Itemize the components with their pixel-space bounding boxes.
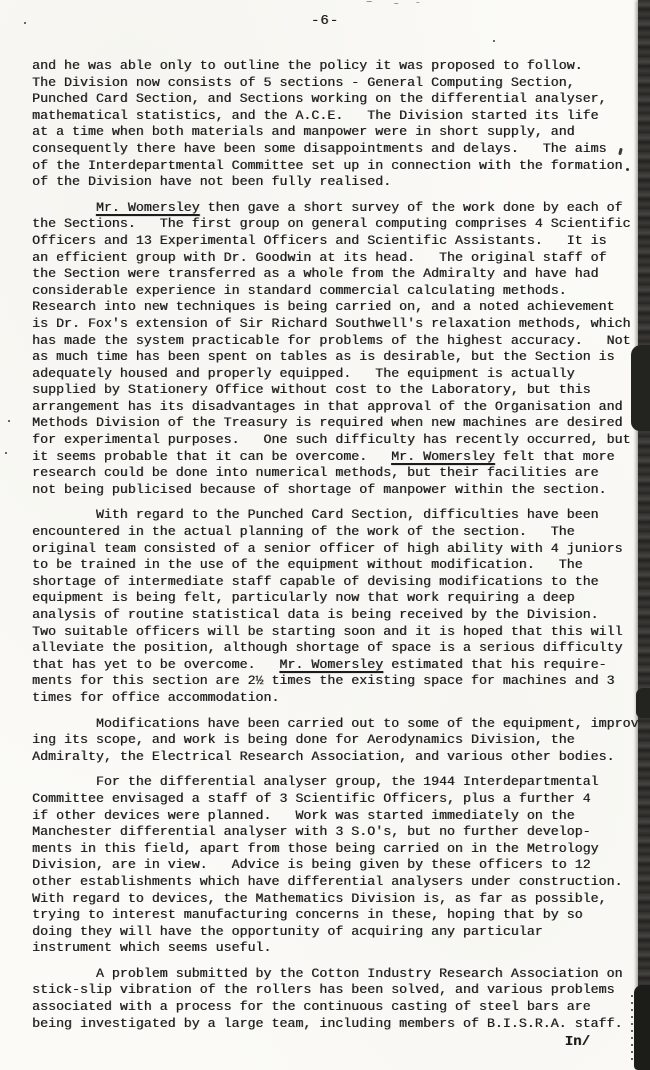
text-line: adequately housed and properly equipped.… bbox=[32, 366, 646, 383]
text-line: Two suitable officers will be starting s… bbox=[32, 624, 646, 641]
scan-ink-blob bbox=[636, 688, 650, 718]
scan-dot-artifact bbox=[631, 995, 633, 1065]
text-line: if other devices were planned. Work was … bbox=[32, 808, 646, 825]
text-line: it seems probable that it can be overcom… bbox=[32, 449, 646, 466]
text-line: Admiralty, the Electrical Research Assoc… bbox=[32, 749, 646, 766]
paragraph: Mr. Womersley then gave a short survey o… bbox=[32, 200, 646, 499]
text-line: as much time has been spent on tables as… bbox=[32, 349, 646, 366]
text-line: Methods Division of the Treasury is requ… bbox=[32, 415, 646, 432]
document-body: and he was able only to outline the poli… bbox=[32, 58, 646, 1032]
text-line: instrument which seems useful. bbox=[32, 940, 646, 957]
text-line: encountered in the actual planning of th… bbox=[32, 524, 646, 541]
text-line: supplied by Stationery Office without co… bbox=[32, 382, 646, 399]
text-line: With regard to devices, the Mathematics … bbox=[32, 891, 646, 908]
scan-speck bbox=[8, 420, 10, 422]
text-line: consequently there have been some disapp… bbox=[32, 141, 646, 158]
text-line: is Dr. Fox's extension of Sir Richard So… bbox=[32, 316, 646, 333]
text-line: doing they will have the opportunity of … bbox=[32, 924, 646, 941]
scan-speck bbox=[626, 168, 629, 171]
text-line: mathematical statistics, and the A.C.E. … bbox=[32, 108, 646, 125]
document-page: -6- and he was able only to outline the … bbox=[0, 0, 650, 1070]
scan-ink-blob bbox=[631, 345, 650, 431]
text-line: not being publicised because of shortage… bbox=[32, 482, 646, 499]
text-line: considerable experience in standard comm… bbox=[32, 283, 646, 300]
catchword: In/ bbox=[565, 1034, 590, 1050]
text-line: For the differential analyser group, the… bbox=[32, 774, 646, 791]
text-line: the Section were transferred as a whole … bbox=[32, 266, 646, 283]
text-line: the Sections. The first group on general… bbox=[32, 216, 646, 233]
paragraph: For the differential analyser group, the… bbox=[32, 774, 646, 957]
text-line: being investigated by a large team, incl… bbox=[32, 1016, 646, 1033]
paragraph: and he was able only to outline the poli… bbox=[32, 58, 646, 191]
text-line: that has yet to be overcome. Mr. Womersl… bbox=[32, 657, 646, 674]
paragraph: A problem submitted by the Cotton Indust… bbox=[32, 966, 646, 1032]
text-line: at a time when both materials and manpow… bbox=[32, 124, 646, 141]
text-line: Division, are in view. Advice is being g… bbox=[32, 857, 646, 874]
text-line: analysis of routine statistical data is … bbox=[32, 607, 646, 624]
scan-ink-blob bbox=[634, 985, 650, 1070]
text-line: alleviate the position, although shortag… bbox=[32, 640, 646, 657]
text-line: stick-slip vibration of the rollers has … bbox=[32, 982, 646, 999]
text-line: of the Interdepartmental Committee set u… bbox=[32, 158, 646, 175]
underlined-name: Mr. Womersley bbox=[391, 449, 495, 464]
text-line: times for office accommodation. bbox=[32, 690, 646, 707]
text-line: research could be done into numerical me… bbox=[32, 465, 646, 482]
text-line: trying to interest manufacturing concern… bbox=[32, 907, 646, 924]
text-line: A problem submitted by the Cotton Indust… bbox=[32, 966, 646, 983]
scan-speck bbox=[5, 452, 7, 454]
text-line: With regard to the Punched Card Section,… bbox=[32, 507, 646, 524]
paragraph: Modifications have been carried out to s… bbox=[32, 716, 646, 766]
text-line: Manchester differential analyser with 3 … bbox=[32, 824, 646, 841]
text-line: has made the system practicable for prob… bbox=[32, 333, 646, 350]
text-line: Officers and 13 Experimental Officers an… bbox=[32, 233, 646, 250]
scan-speck bbox=[24, 22, 26, 24]
text-line: associated with a process for the contin… bbox=[32, 999, 646, 1016]
text-line: and he was able only to outline the poli… bbox=[32, 58, 646, 75]
text-line: equipment is being felt, particularly no… bbox=[32, 590, 646, 607]
text-line: Committee envisaged a staff of 3 Scienti… bbox=[32, 791, 646, 808]
text-line: ments for this section are 2½ times the … bbox=[32, 673, 646, 690]
text-line: shortage of intermediate staff capable o… bbox=[32, 574, 646, 591]
scan-speck bbox=[493, 40, 495, 42]
text-line: original team consisted of a senior offi… bbox=[32, 541, 646, 558]
text-line: ing its scope, and work is being done fo… bbox=[32, 732, 646, 749]
text-line: to be trained in the use of the equipmen… bbox=[32, 557, 646, 574]
text-line: for experimental purposes. One such diff… bbox=[32, 432, 646, 449]
text-line: of the Division have not been fully real… bbox=[32, 174, 646, 191]
underlined-name: Mr. Womersley bbox=[96, 200, 200, 215]
underlined-name: Mr. Womersley bbox=[279, 657, 383, 672]
text-line: ments in this field, apart from those be… bbox=[32, 841, 646, 858]
text-line: The Division now consists of 5 sections … bbox=[32, 75, 646, 92]
page-number: -6- bbox=[0, 13, 650, 29]
text-line: Research into new techniques is being ca… bbox=[32, 299, 646, 316]
text-line: Mr. Womersley then gave a short survey o… bbox=[32, 200, 646, 217]
scan-smudge-artifact bbox=[362, 0, 452, 7]
text-line: other establishments which have differen… bbox=[32, 874, 646, 891]
text-line: an efficient group with Dr. Goodwin at i… bbox=[32, 250, 646, 267]
text-line: arrangement has its disadvantages in tha… bbox=[32, 399, 646, 416]
scan-binding-edge bbox=[638, 0, 650, 1070]
text-line: Modifications have been carried out to s… bbox=[32, 716, 646, 733]
paragraph: With regard to the Punched Card Section,… bbox=[32, 507, 646, 706]
text-line: Punched Card Section, and Sections worki… bbox=[32, 91, 646, 108]
